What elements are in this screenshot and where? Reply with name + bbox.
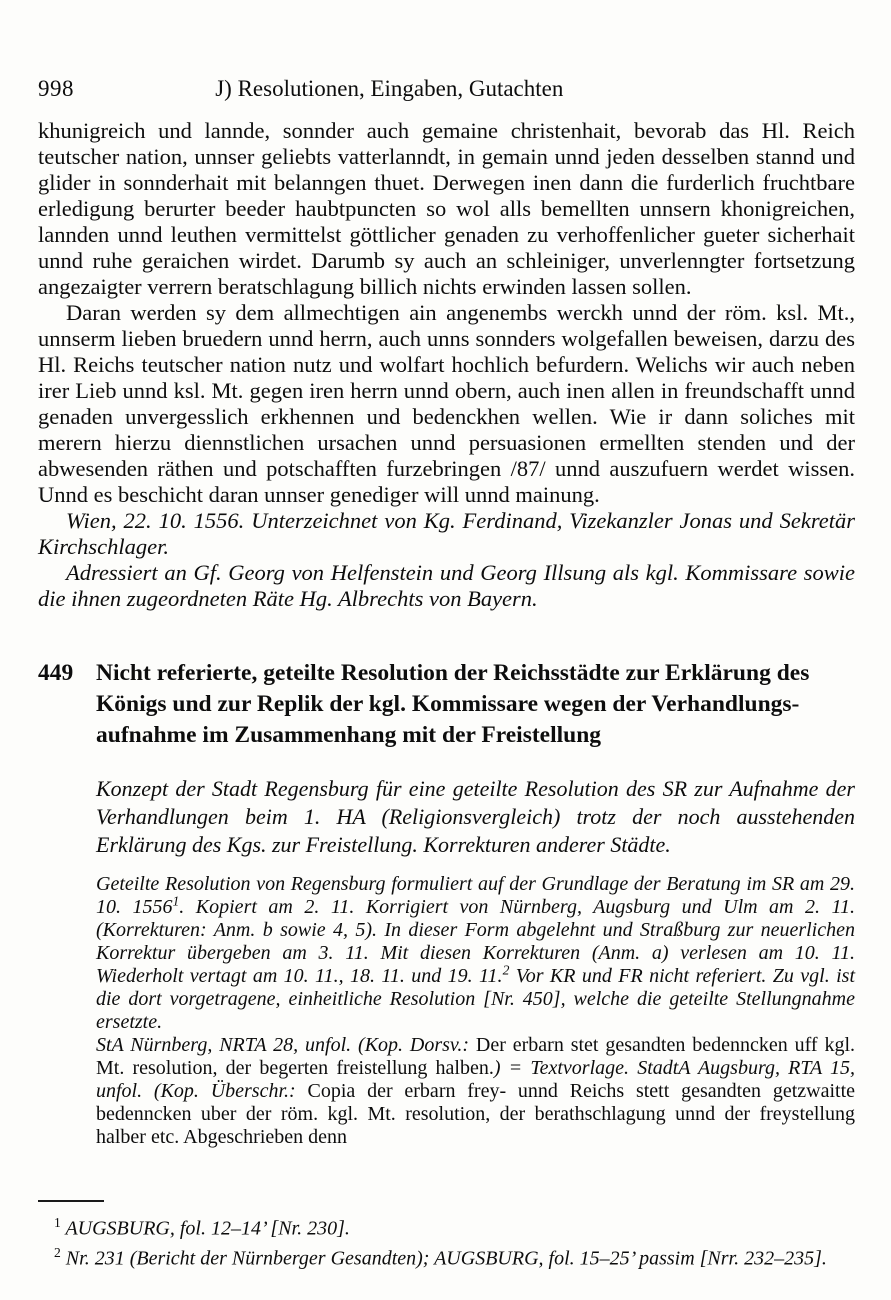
entry-title: Nicht referierte, geteilte Resolution de… xyxy=(96,658,855,751)
running-head: 998 J) Resolutionen, Eingaben, Gutachten xyxy=(38,76,855,102)
footnote-separator-rule xyxy=(38,1200,104,1202)
address-paragraph: Adressiert an Gf. Georg von Helfenstein … xyxy=(38,560,855,612)
footnote-2: 2 Nr. 231 (Bericht der Nürnberger Gesand… xyxy=(38,1241,855,1271)
entry-register-note: Geteilte Resolution von Regensburg formu… xyxy=(96,873,855,1034)
body-paragraph-1: khunigreich und lannde, sonnder auch gem… xyxy=(38,118,855,300)
page-number: 998 xyxy=(38,76,74,102)
entry-summary: Konzept der Stadt Regensburg für eine ge… xyxy=(96,775,855,859)
entry-number: 449 xyxy=(38,658,96,751)
body-paragraph-2: Daran werden sy dem allmechtigen ain ang… xyxy=(38,300,855,508)
footnote-marker: 1 xyxy=(54,1215,61,1230)
footnotes: 1 AUGSBURG, fol. 12–14’ [Nr. 230]. 2 Nr.… xyxy=(38,1200,855,1271)
entry-body: Konzept der Stadt Regensburg für eine ge… xyxy=(96,775,855,1149)
entry-provenance: StA Nürnberg, NRTA 28, unfol. (Kop. Dors… xyxy=(96,1034,855,1149)
footnote-text: AUGSBURG, fol. 12–14’ [Nr. 230]. xyxy=(65,1218,349,1240)
book-page: 998 J) Resolutionen, Eingaben, Gutachten… xyxy=(0,0,891,1300)
entry-title-line: aufnahme im Zusammenhang mit der Freiste… xyxy=(96,722,601,748)
dateline-paragraph: Wien, 22. 10. 1556. Unterzeichnet von Kg… xyxy=(38,508,855,560)
provenance-note: ) = Textvorlage. xyxy=(494,1057,637,1079)
document-body: khunigreich und lannde, sonnder auch gem… xyxy=(38,118,855,612)
footnote-1: 1 AUGSBURG, fol. 12–14’ [Nr. 230]. xyxy=(38,1211,855,1241)
running-head-title: J) Resolutionen, Eingaben, Gutachten xyxy=(215,76,563,102)
entry-title-line: Nicht referierte, geteilte Resolution de… xyxy=(96,660,809,686)
text-block: 998 J) Resolutionen, Eingaben, Gutachten… xyxy=(38,0,855,1149)
footnote-marker: 2 xyxy=(54,1245,61,1260)
entry-title-line: Königs und zur Replik der kgl. Kommissar… xyxy=(96,691,799,717)
provenance-archive: StA Nürnberg, NRTA 28, unfol. (Kop. Dors… xyxy=(96,1034,476,1056)
footnote-text: Nr. 231 (Bericht der Nürnberger Gesandte… xyxy=(66,1248,827,1270)
entry-heading: 449 Nicht referierte, geteilte Resolutio… xyxy=(38,658,855,751)
